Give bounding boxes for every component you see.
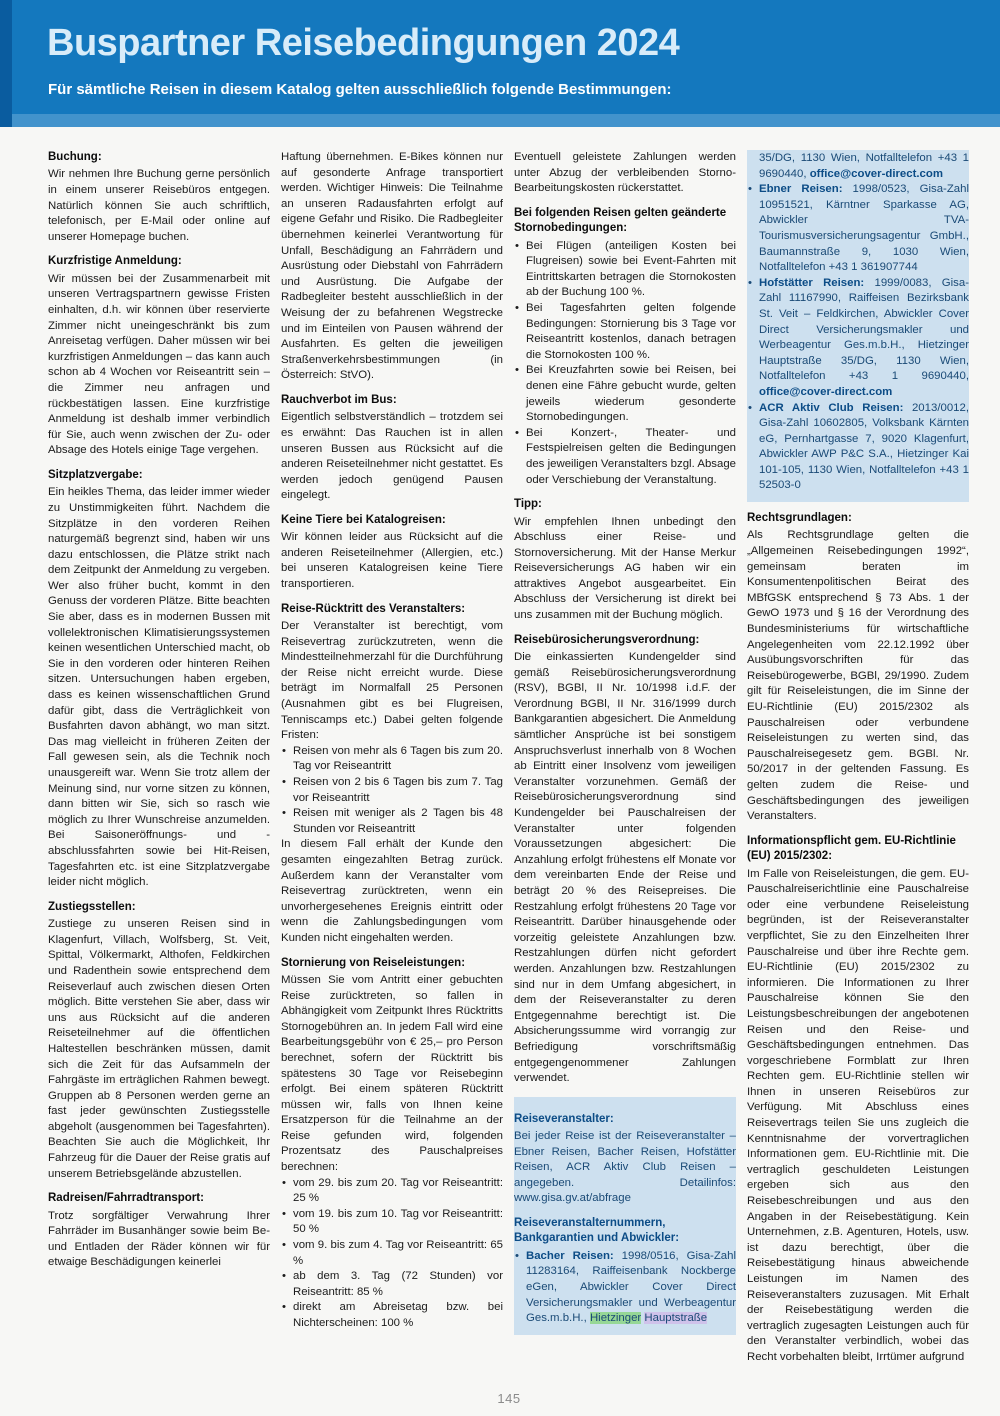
bullet-item: Reisen von 2 bis 6 Tagen bis zum 7. Tag … [293, 775, 503, 806]
highlight-box: Reiseveranstalter:Bei jeder Reise ist de… [514, 1097, 736, 1335]
paragraph: Müssen Sie vom Antritt einer gebuchten R… [281, 973, 503, 1176]
section-heading: Reiseveranstalter: [514, 1112, 736, 1127]
text-columns: Buchung:Wir nehmen Ihre Buchung gerne pe… [48, 150, 970, 1382]
bullet-item: ab dem 3. Tag (72 Stunden) vor Reiseantr… [293, 1269, 503, 1300]
bullet-item: Bei Kreuzfahrten sowie bei Reisen, bei d… [526, 363, 736, 425]
section-heading: Bei folgenden Reisen gelten geänderte St… [514, 206, 736, 237]
paragraph: Wir müssen bei der Zusammenarbeit mit un… [48, 272, 270, 459]
text-column-1: Buchung:Wir nehmen Ihre Buchung gerne pe… [48, 150, 270, 1382]
bullet-list: Reisen von mehr als 6 Tagen bis zum 20. … [281, 744, 503, 838]
header-bottom-accent-bar [12, 114, 1000, 127]
paragraph: Ein heikles Thema, das leider immer wied… [48, 485, 270, 890]
bullet-item: ACR Aktiv Club Reisen: 2013/0012, Gisa-Z… [759, 401, 969, 495]
bullet-item: vom 29. bis zum 20. Tag vor Reiseantritt… [293, 1176, 503, 1207]
paragraph: Die einkassierten Kundengelder sind gemä… [514, 650, 736, 1087]
section-heading: Informationspflicht gem. EU-Richtlinie (… [747, 834, 969, 865]
section-heading: Kurzfristige Anmeldung: [48, 254, 270, 269]
bullet-item: vom 9. bis zum 4. Tag vor Reiseantritt: … [293, 1238, 503, 1269]
bullet-list: Bacher Reisen: 1998/0516, Gisa-Zahl 1128… [514, 1249, 736, 1327]
paragraph: Trotz sorgfältiger Verwahrung Ihrer Fahr… [48, 1209, 270, 1271]
search-highlight-purple: Hauptstraße [644, 1312, 707, 1324]
page-subtitle: Für sämtliche Reisen in diesem Katalog g… [48, 81, 671, 98]
bullet-item: Bacher Reisen: 1998/0516, Gisa-Zahl 1128… [526, 1249, 736, 1327]
section-heading: Tipp: [514, 497, 736, 512]
bullet-list: Bei Flügen (anteiligen Kosten bei Flugre… [514, 239, 736, 489]
section-heading: Reisebürosicherungsverordnung: [514, 633, 736, 648]
text-column-4: 35/DG, 1130 Wien, Notfalltelefon +43 1 9… [747, 150, 969, 1382]
section-heading: Stornierung von Reiseleistungen: [281, 956, 503, 971]
bullet-item: Ebner Reisen: 1998/0523, Gisa-Zahl 10951… [759, 182, 969, 276]
paragraph: In diesem Fall erhält der Kunde den gesa… [281, 837, 503, 946]
section-heading: Reiseveranstalternummern, Bankgarantien … [514, 1216, 736, 1247]
text-column-2: Haftung übernehmen. E-Bikes können nur a… [281, 150, 503, 1382]
bullet-list: vom 29. bis zum 20. Tag vor Reiseantritt… [281, 1176, 503, 1332]
search-highlight-green: Hietzinger [590, 1312, 641, 1324]
paragraph: Wir können leider aus Rücksicht auf die … [281, 530, 503, 592]
paragraph: Bei jeder Reise ist der Reiseveranstalte… [514, 1129, 736, 1207]
section-heading: Keine Tiere bei Katalogreisen: [281, 513, 503, 528]
section-heading: Buchung: [48, 150, 270, 165]
page-number: 145 [48, 1391, 970, 1406]
paragraph: Im Falle von Reiseleistungen, die gem. E… [747, 867, 969, 1366]
bullet-list: Ebner Reisen: 1998/0523, Gisa-Zahl 10951… [747, 182, 969, 494]
paragraph: Eventuell geleistete Zahlungen werden un… [514, 150, 736, 197]
paragraph: Eigentlich selbstverständlich – trotzdem… [281, 410, 503, 504]
bullet-item: direkt am Abreisetag bzw. bei Nichtersch… [293, 1300, 503, 1331]
page-header: Buspartner Reisebedingungen 2024 Für säm… [0, 0, 1000, 127]
section-heading: Sitzplatzvergabe: [48, 468, 270, 483]
paragraph: Wir empfehlen Ihnen unbedingt den Abschl… [514, 515, 736, 624]
paragraph: 35/DG, 1130 Wien, Notfalltelefon +43 1 9… [747, 151, 969, 182]
paragraph: Zustiege zu unseren Reisen sind in Klage… [48, 917, 270, 1182]
document-page: { "header": { "title": "Buspartner Reise… [0, 0, 1000, 1416]
paragraph: Haftung übernehmen. E-Bikes können nur a… [281, 150, 503, 384]
bullet-item: Bei Flügen (anteiligen Kosten bei Flugre… [526, 239, 736, 301]
paragraph: Als Rechtsgrundlage gelten die „Allgemei… [747, 528, 969, 824]
bullet-item: Bei Tagesfahrten gelten folgende Bedingu… [526, 301, 736, 363]
text-column-3: Eventuell geleistete Zahlungen werden un… [514, 150, 736, 1382]
bullet-item: Bei Konzert-, Theater- und Festspielreis… [526, 426, 736, 488]
bullet-item: Hofstätter Reisen: 1999/0083, Gisa-Zahl … [759, 276, 969, 401]
section-heading: Zustiegsstellen: [48, 900, 270, 915]
page-title: Buspartner Reisebedingungen 2024 [47, 22, 679, 65]
section-heading: Rauchverbot im Bus: [281, 393, 503, 408]
header-left-accent-bar [0, 0, 12, 127]
bullet-item: vom 19. bis zum 10. Tag vor Reiseantritt… [293, 1207, 503, 1238]
section-heading: Reise-Rücktritt des Veranstalters: [281, 602, 503, 617]
highlight-box: 35/DG, 1130 Wien, Notfalltelefon +43 1 9… [747, 150, 969, 502]
section-heading: Rechtsgrundlagen: [747, 511, 969, 526]
section-heading: Radreisen/Fahrradtransport: [48, 1191, 270, 1206]
bullet-item: Reisen von mehr als 6 Tagen bis zum 20. … [293, 744, 503, 775]
paragraph: Wir nehmen Ihre Buchung gerne persönlich… [48, 167, 270, 245]
bullet-item: Reisen mit weniger als 2 Tagen bis 48 St… [293, 806, 503, 837]
paragraph: Der Veranstalter ist berechtigt, vom Rei… [281, 619, 503, 744]
document-body: Buchung:Wir nehmen Ihre Buchung gerne pe… [0, 127, 1000, 1406]
